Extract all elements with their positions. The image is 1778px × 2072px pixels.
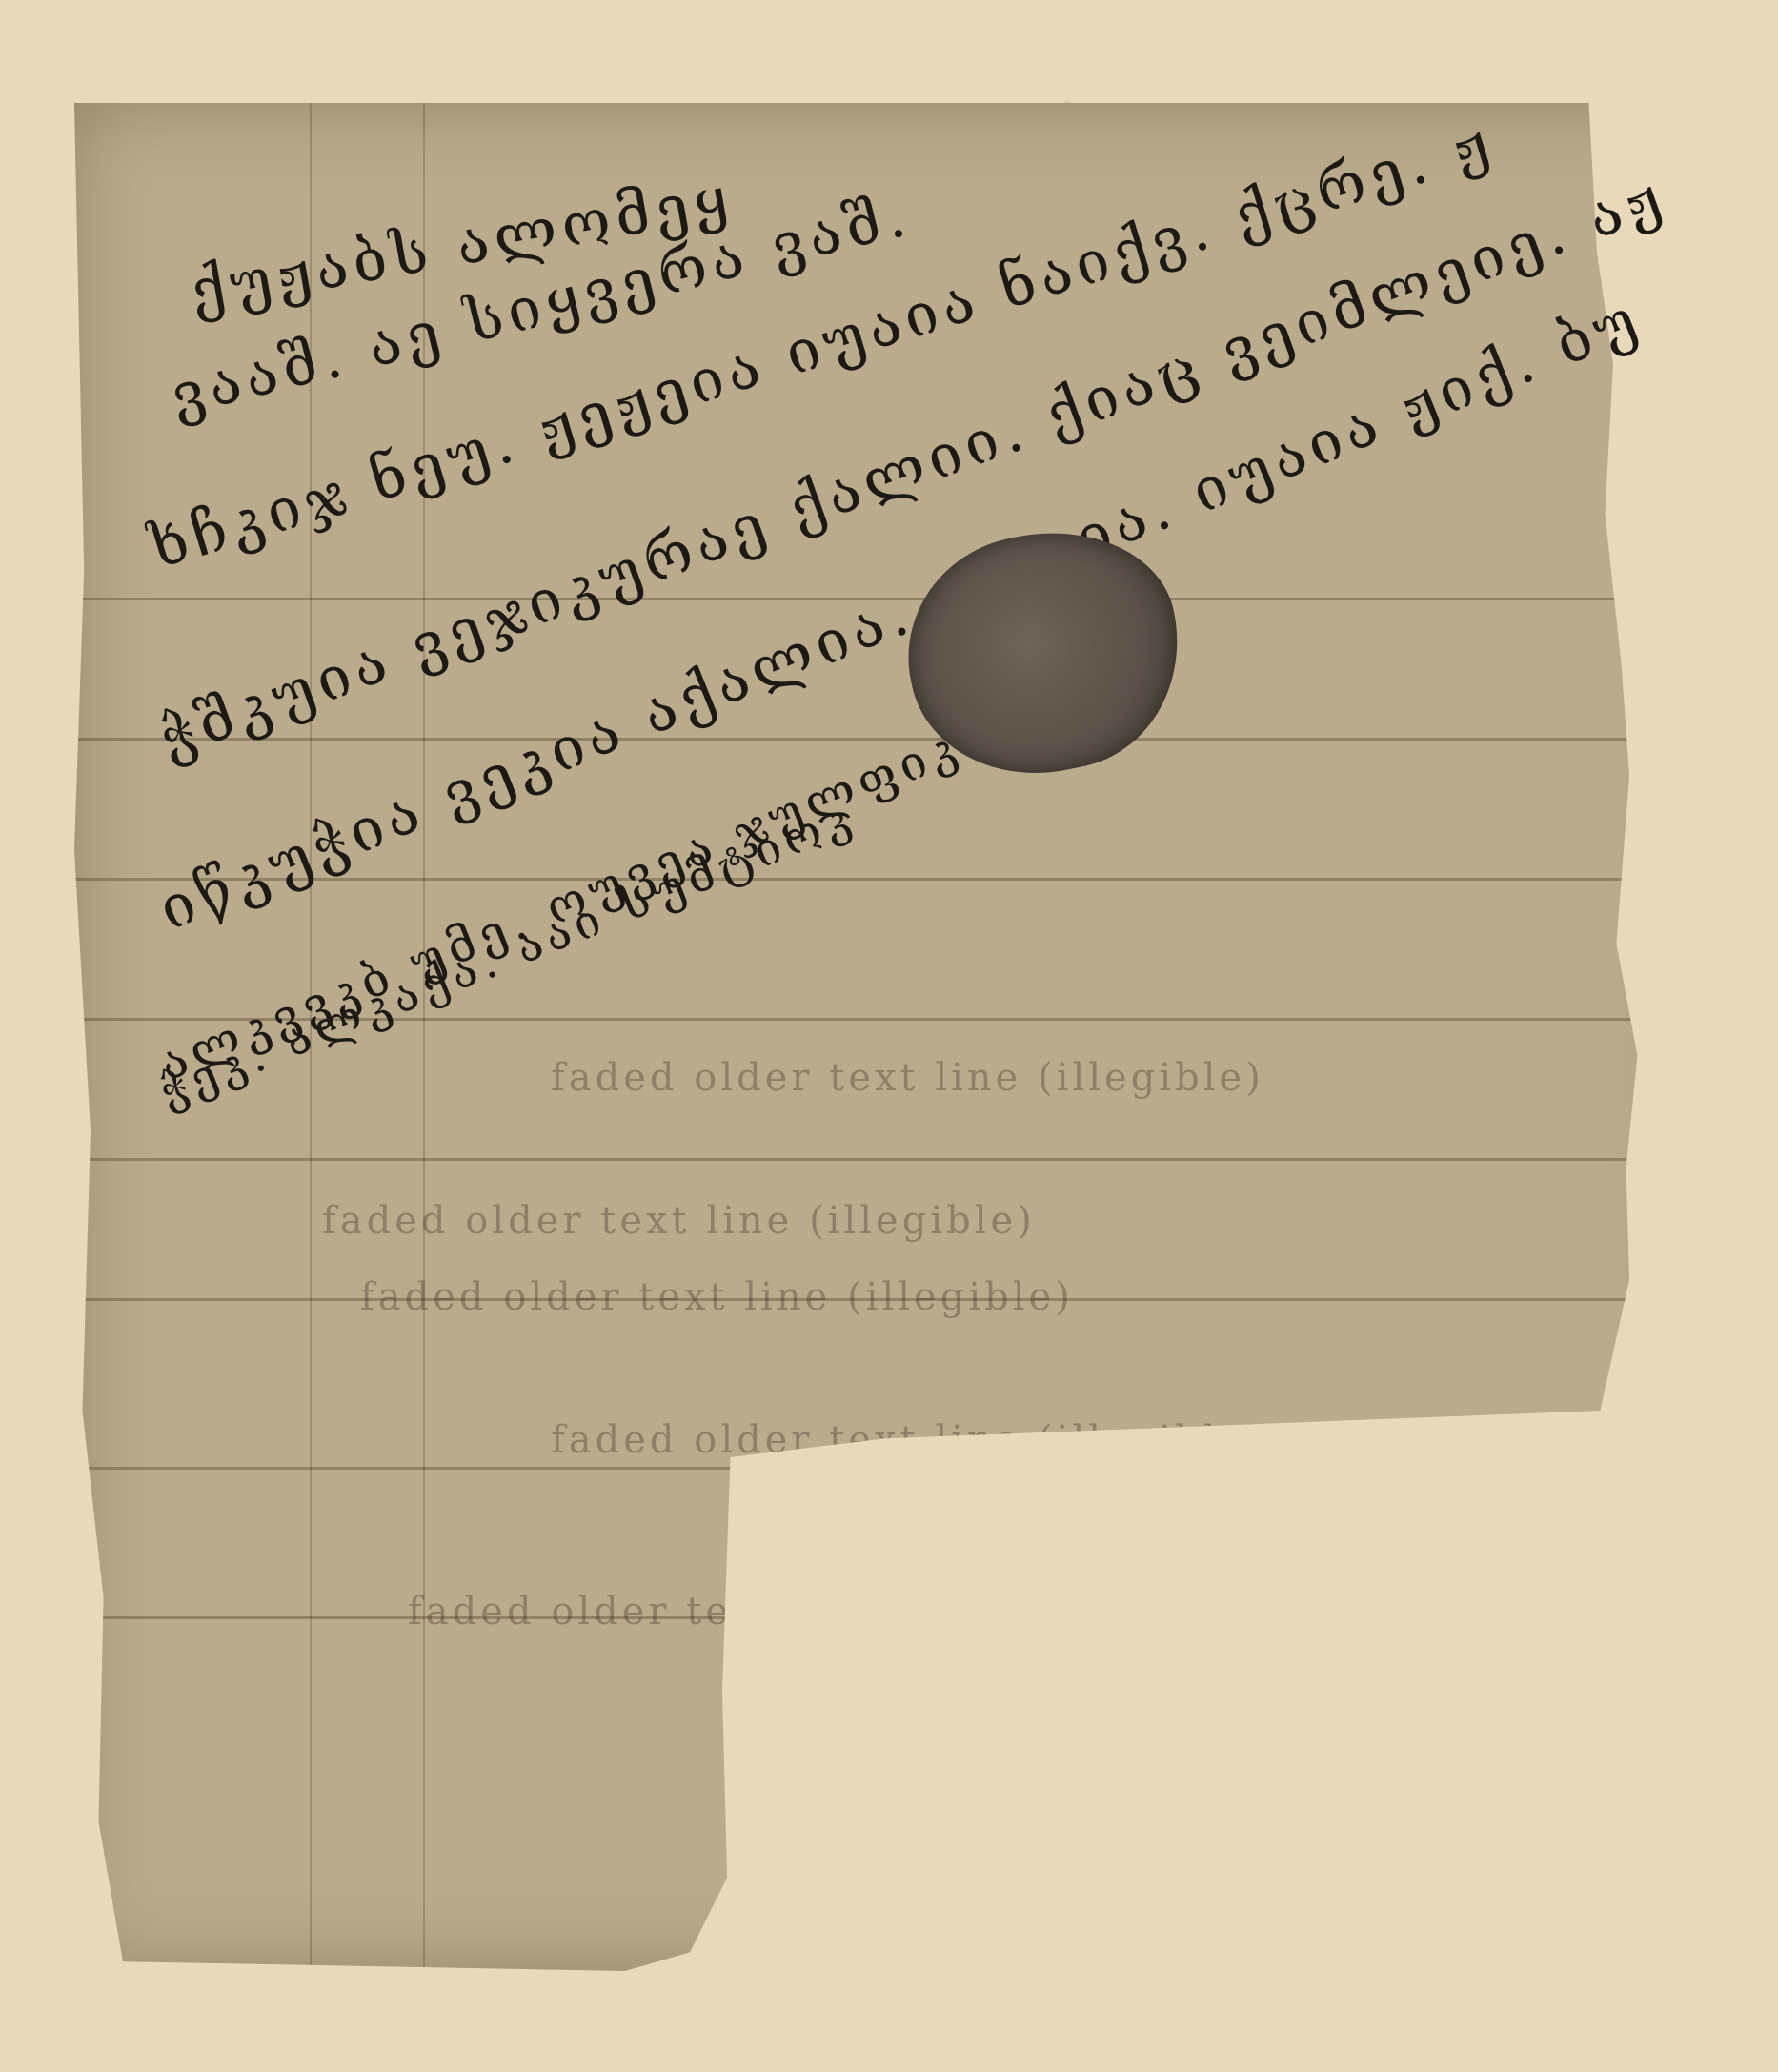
faded-text-line: faded older text line (illegible) (322, 1199, 1036, 1243)
fold-line (74, 1158, 1694, 1161)
faded-text-line: faded older text line (illegible) (551, 1056, 1264, 1100)
faded-text-line: faded older text line (illegible) (360, 1275, 1074, 1319)
fold-line (74, 738, 1694, 741)
fold-line (423, 103, 425, 1971)
